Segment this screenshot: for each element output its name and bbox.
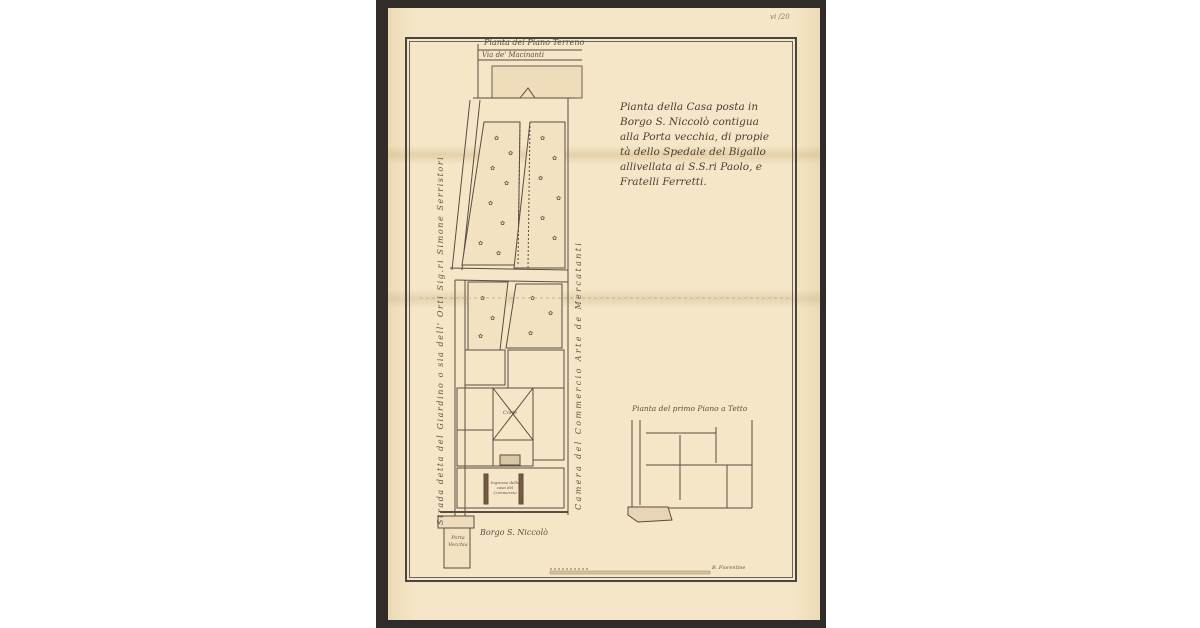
label-entrance: Ingresso della casa del Commercio (490, 480, 520, 495)
svg-text:✿: ✿ (508, 150, 513, 157)
svg-text:✿: ✿ (478, 333, 483, 340)
scale-bar (550, 569, 710, 574)
svg-text:✿: ✿ (548, 310, 553, 317)
svg-text:✿: ✿ (500, 220, 505, 227)
label-street-top: Via de' Macinanti (482, 51, 544, 59)
label-first-floor-plan: Pianta del primo Piano a Tetto (632, 404, 747, 413)
title-line: Pianta della Casa posta in (620, 100, 800, 115)
svg-text:✿: ✿ (552, 155, 557, 162)
svg-text:✿: ✿ (494, 135, 499, 142)
svg-text:✿: ✿ (504, 180, 509, 187)
svg-text:✿: ✿ (490, 165, 495, 172)
svg-text:✿: ✿ (528, 330, 533, 337)
svg-text:✿: ✿ (540, 135, 545, 142)
svg-text:✿: ✿ (540, 215, 545, 222)
title-line: Fratelli Ferretti. (620, 175, 800, 190)
title-cartouche: Pianta della Casa posta in Borgo S. Nicc… (620, 100, 800, 190)
title-line: Borgo S. Niccolò contigua (620, 115, 800, 130)
svg-text:✿: ✿ (496, 250, 501, 257)
first-floor-plan-drawing (628, 420, 752, 522)
svg-text:✿: ✿ (552, 235, 557, 242)
label-borgo: Borgo S. Niccolò (480, 528, 548, 537)
svg-text:✿: ✿ (488, 200, 493, 207)
label-scale: B. Fiorentine (712, 565, 745, 571)
svg-text:✿: ✿ (490, 315, 495, 322)
label-gate: Porta Vecchia (447, 535, 469, 549)
title-line: tà dello Spedale del Bigallo (620, 145, 800, 160)
label-right-property: Camera del Commercio Arte de Mercatanti (574, 241, 583, 510)
label-left-street: Strada detta del Giardino o sia dell' Or… (436, 156, 445, 525)
svg-text:✿: ✿ (478, 240, 483, 247)
title-line: allivellata ai S.S.ri Paolo, e (620, 160, 800, 175)
label-room-center: Corte (503, 410, 517, 416)
ground-floor-plan-drawing: ✿✿✿ ✿✿✿ ✿✿ ✿✿✿ ✿✿✿ ✿✿✿ ✿✿✿ (0, 0, 1200, 628)
svg-text:✿: ✿ (538, 175, 543, 182)
svg-text:✿: ✿ (556, 195, 561, 202)
title-line: alla Porta vecchia, di propie (620, 130, 800, 145)
label-ground-floor-plan: Pianta del Piano Terreno (484, 38, 584, 47)
